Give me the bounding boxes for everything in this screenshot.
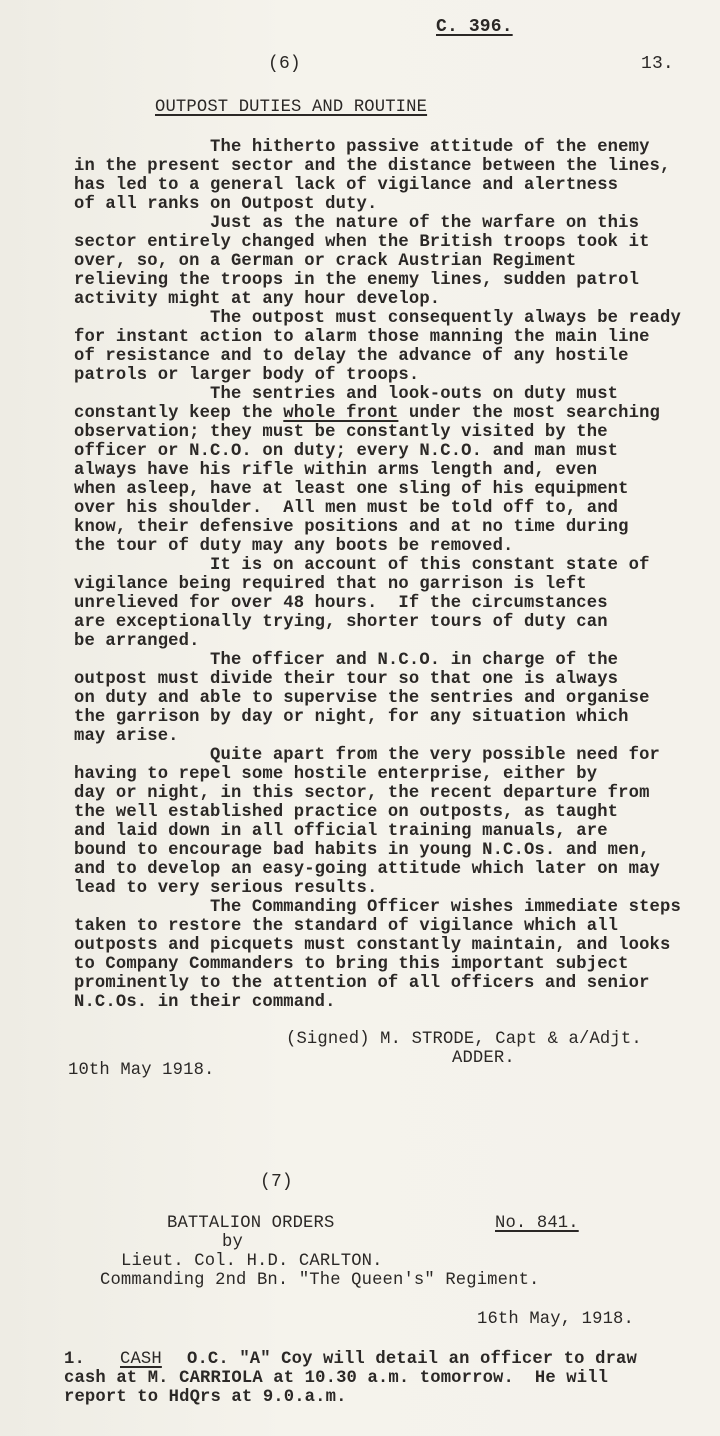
body-line-with-underline: constantly keep the whole front under th… <box>74 404 660 423</box>
body-line: know, their defensive positions and at n… <box>74 518 629 537</box>
body-line: on duty and able to supervise the sentri… <box>74 689 650 708</box>
body-line: may arise. <box>74 727 179 746</box>
section-2-date: 16th May, 1918. <box>477 1310 634 1329</box>
body-line: day or night, in this sector, the recent… <box>74 784 650 803</box>
underlined-phrase: whole front <box>283 404 398 423</box>
body-line: activity might at any hour develop. <box>74 290 440 309</box>
signature-place: ADDER. <box>452 1049 515 1068</box>
body-line: taken to restore the standard of vigilan… <box>74 917 618 936</box>
section-number-6: (6) <box>268 55 301 74</box>
body-line: The officer and N.C.O. in charge of the <box>74 651 618 670</box>
order-item-text: report to HdQrs at 9.0.a.m. <box>64 1388 347 1407</box>
body-line: outposts and picquets must constantly ma… <box>74 936 670 955</box>
body-line: lead to very serious results. <box>74 879 377 898</box>
order-number: No. 841. <box>495 1214 579 1233</box>
body-line: It is on account of this constant state … <box>74 556 650 575</box>
body-line: over his shoulder. All men must be told … <box>74 499 618 518</box>
body-line: the garrison by day or night, for any si… <box>74 708 629 727</box>
body-line: has led to a general lack of vigilance a… <box>74 176 618 195</box>
order-item-heading: CASH <box>120 1350 162 1369</box>
body-line: over, so, on a German or crack Austrian … <box>74 252 576 271</box>
body-line: having to repel some hostile enterprise,… <box>74 765 597 784</box>
body-line: The hitherto passive attitude of the ene… <box>74 138 650 157</box>
battalion-orders-title: BATTALION ORDERS <box>167 1214 334 1233</box>
body-line: vigilance being required that no garriso… <box>74 575 587 594</box>
body-line: outpost must divide their tour so that o… <box>74 670 618 689</box>
body-line: the well established practice on outpost… <box>74 803 618 822</box>
body-line: in the present sector and the distance b… <box>74 157 670 176</box>
body-line: sector entirely changed when the British… <box>74 233 650 252</box>
body-line: be arranged. <box>74 632 200 651</box>
file-reference: C. 396. <box>436 18 513 37</box>
body-line: The Commanding Officer wishes immediate … <box>74 898 681 917</box>
body-text: constantly keep the <box>74 404 283 423</box>
body-line: and to develop an easy-going attitude wh… <box>74 860 660 879</box>
body-line: are exceptionally trying, shorter tours … <box>74 613 608 632</box>
body-line: for instant action to alarm those mannin… <box>74 328 650 347</box>
body-line: bound to encourage bad habits in young N… <box>74 841 650 860</box>
body-line: observation; they must be constantly vis… <box>74 423 608 442</box>
commanding-line: Commanding 2nd Bn. "The Queen's" Regimen… <box>100 1271 540 1290</box>
page-number: 13. <box>641 55 674 74</box>
document-page: C. 396. (6) 13. OUTPOST DUTIES AND ROUTI… <box>0 0 720 1436</box>
body-text: under the most searching <box>398 404 660 423</box>
body-line: prominently to the attention of all offi… <box>74 974 650 993</box>
body-line: officer or N.C.O. on duty; every N.C.O. … <box>74 442 618 461</box>
body-line: the tour of duty may any boots be remove… <box>74 537 514 556</box>
section-number-7: (7) <box>260 1173 293 1192</box>
body-line: Quite apart from the very possible need … <box>74 746 660 765</box>
body-line: when asleep, have at least one sling of … <box>74 480 629 499</box>
body-line: Just as the nature of the warfare on thi… <box>74 214 639 233</box>
by-label: by <box>222 1233 243 1252</box>
body-line: of all ranks on Outpost duty. <box>74 195 377 214</box>
commander-name: Lieut. Col. H.D. CARLTON. <box>121 1252 383 1271</box>
order-item-text: O.C. "A" Coy will detail an officer to d… <box>187 1350 637 1369</box>
body-line: unrelieved for over 48 hours. If the cir… <box>74 594 608 613</box>
order-item-text: cash at M. CARRIOLA at 10.30 a.m. tomorr… <box>64 1369 608 1388</box>
body-line: The outpost must consequently always be … <box>74 309 681 328</box>
body-line: to Company Commanders to bring this impo… <box>74 955 629 974</box>
body-line: and laid down in all official training m… <box>74 822 608 841</box>
body-line: of resistance and to delay the advance o… <box>74 347 629 366</box>
body-line: N.C.Os. in their command. <box>74 993 336 1012</box>
body-line: relieving the troops in the enemy lines,… <box>74 271 639 290</box>
signature-line: (Signed) M. STRODE, Capt & a/Adjt. <box>286 1030 642 1049</box>
section-title-outpost-duties: OUTPOST DUTIES AND ROUTINE <box>155 98 427 117</box>
section-1-date: 10th May 1918. <box>68 1061 215 1080</box>
body-line: always have his rifle within arms length… <box>74 461 597 480</box>
body-line: The sentries and look-outs on duty must <box>74 385 618 404</box>
order-item-number: 1. <box>64 1350 85 1369</box>
body-line: patrols or larger body of troops. <box>74 366 419 385</box>
